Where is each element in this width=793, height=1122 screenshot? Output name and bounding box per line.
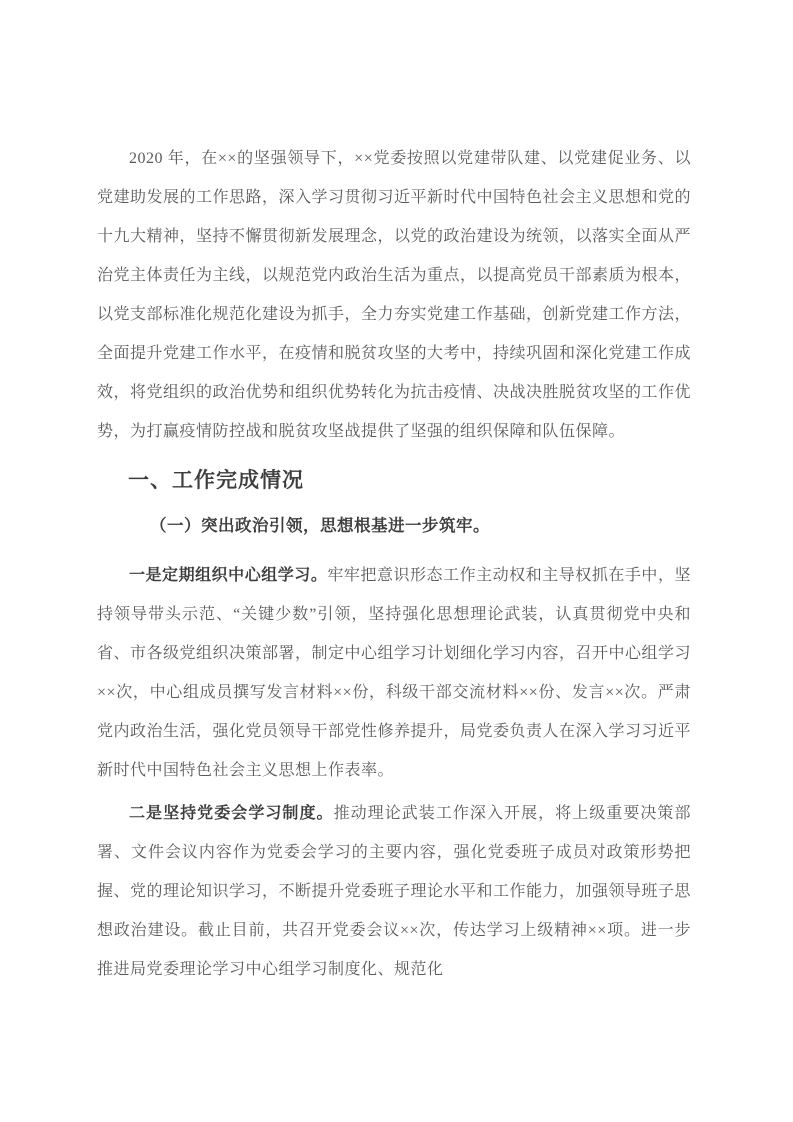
document-content: 2020 年，在××的坚强领导下，××党委按照以党建带队建、以党建促业务、以党建… [97,139,691,989]
paragraph-point-1-lead: 一是定期组织中心组学习。 [129,567,327,584]
paragraph-point-1: 一是定期组织中心组学习。牢牢把意识形态工作主动权和主导权抓在手中，坚持领导带头示… [97,556,691,790]
intro-paragraph: 2020 年，在××的坚强领导下，××党委按照以党建带队建、以党建促业务、以党建… [97,139,691,451]
paragraph-point-2-lead: 二是坚持党委会学习制度。 [129,805,334,822]
paragraph-point-2: 二是坚持党委会学习制度。推动理论武装工作深入开展，将上级重要决策部署、文件会议内… [97,794,691,989]
paragraph-point-2-body: 推动理论武装工作深入开展，将上级重要决策部署、文件会议内容作为党委会学习的主要内… [97,805,691,978]
document-page: 2020 年，在××的坚强领导下，××党委按照以党建带队建、以党建促业务、以党建… [0,0,793,1122]
subsection-heading-political-guidance: （一）突出政治引领，思想根基进一步筑牢。 [97,506,691,545]
section-heading-work-completion: 一、工作完成情况 [97,466,691,496]
paragraph-point-1-body: 牢牢把意识形态工作主动权和主导权抓在手中，坚持领导带头示范、“关键少数”引领，坚… [97,567,691,779]
